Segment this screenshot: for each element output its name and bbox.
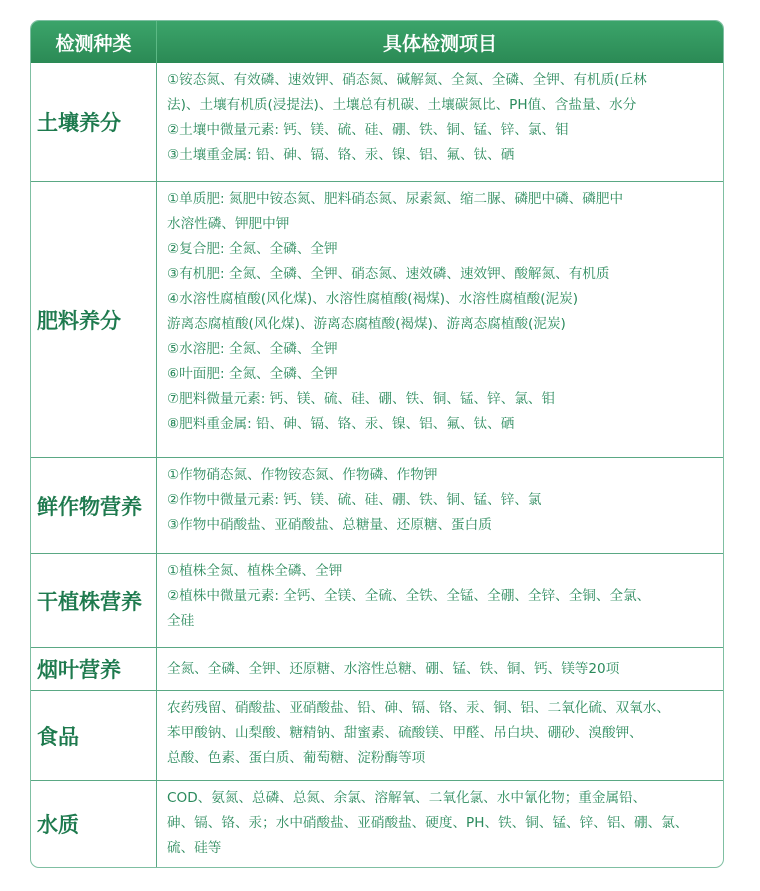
items-cell: 全氮、全磷、全钾、还原糖、水溶性总糖、硼、锰、铁、铜、钙、镁等20项 [157,648,723,690]
item-line: 法)、土壤有机质(浸提法)、土壤总有机碳、土壤碳氮比、PH值、含盐量、水分 [167,93,715,118]
item-line: ①铵态氮、有效磷、速效钾、硝态氮、碱解氮、全氮、全磷、全钾、有机质(丘林 [167,68,715,93]
table-row-food: 食品 农药残留、硝酸盐、亚硝酸盐、铅、砷、镉、铬、汞、铜、铝、二氧化硫、双氧水、… [31,690,723,780]
table-row-soil: 土壤养分 ①铵态氮、有效磷、速效钾、硝态氮、碱解氮、全氮、全磷、全钾、有机质(丘… [31,63,723,181]
item-line: ①单质肥: 氮肥中铵态氮、肥料硝态氮、尿素氮、缩二脲、磷肥中磷、磷肥中 [167,187,715,212]
category-cell: 鲜作物营养 [31,458,157,553]
table-row-fresh-crop: 鲜作物营养 ①作物硝态氮、作物铵态氮、作物磷、作物钾 ②作物中微量元素: 钙、镁… [31,457,723,553]
item-line: ②土壤中微量元素: 钙、镁、硫、硅、硼、铁、铜、锰、锌、氯、钼 [167,118,715,143]
table-row-tobacco: 烟叶营养 全氮、全磷、全钾、还原糖、水溶性总糖、硼、锰、铁、铜、钙、镁等20项 [31,647,723,690]
items-cell: ①铵态氮、有效磷、速效钾、硝态氮、碱解氮、全氮、全磷、全钾、有机质(丘林 法)、… [157,63,723,181]
table-row-water: 水质 COD、氨氮、总磷、总氮、余氯、溶解氧、二氧化氯、水中氰化物；重金属铅、 … [31,780,723,867]
table-row-dry-plant: 干植株营养 ①植株全氮、植株全磷、全钾 ②植株中微量元素: 全钙、全镁、全硫、全… [31,553,723,647]
item-line: ③作物中硝酸盐、亚硝酸盐、总糖量、还原糖、蛋白质 [167,513,715,538]
item-line: ①植株全氮、植株全磷、全钾 [167,559,715,584]
item-line: COD、氨氮、总磷、总氮、余氯、溶解氧、二氧化氯、水中氰化物；重金属铅、 [167,786,715,811]
item-line: ①作物硝态氮、作物铵态氮、作物磷、作物钾 [167,463,715,488]
header-items: 具体检测项目 [157,21,723,63]
category-cell: 食品 [31,691,157,780]
category-cell: 水质 [31,781,157,867]
item-line: ⑦肥料微量元素: 钙、镁、硫、硅、硼、铁、铜、锰、锌、氯、钼 [167,387,715,412]
item-line: ④水溶性腐植酸(风化煤)、水溶性腐植酸(褐煤)、水溶性腐植酸(泥炭) [167,287,715,312]
table-row-fertilizer: 肥料养分 ①单质肥: 氮肥中铵态氮、肥料硝态氮、尿素氮、缩二脲、磷肥中磷、磷肥中… [31,181,723,457]
item-line: 全氮、全磷、全钾、还原糖、水溶性总糖、硼、锰、铁、铜、钙、镁等20项 [167,657,619,682]
item-line: ③有机肥: 全氮、全磷、全钾、硝态氮、速效磷、速效钾、酸解氮、有机质 [167,262,715,287]
category-cell: 烟叶营养 [31,648,157,690]
header-category: 检测种类 [31,21,157,63]
category-cell: 干植株营养 [31,554,157,647]
item-line: 砷、镉、铬、汞；水中硝酸盐、亚硝酸盐、硬度、PH、铁、铜、锰、锌、铝、硼、氯、 [167,811,715,836]
items-cell: 农药残留、硝酸盐、亚硝酸盐、铅、砷、镉、铬、汞、铜、铝、二氧化硫、双氧水、 苯甲… [157,691,723,780]
item-line: 硫、硅等 [167,836,715,861]
item-line: 苯甲酸钠、山梨酸、糖精钠、甜蜜素、硫酸镁、甲醛、吊白块、硼砂、溴酸钾、 [167,721,715,746]
category-cell: 土壤养分 [31,63,157,181]
detection-items-table: 检测种类 具体检测项目 土壤养分 ①铵态氮、有效磷、速效钾、硝态氮、碱解氮、全氮… [30,20,724,868]
item-line: 农药残留、硝酸盐、亚硝酸盐、铅、砷、镉、铬、汞、铜、铝、二氧化硫、双氧水、 [167,696,715,721]
item-line: ⑤水溶肥: 全氮、全磷、全钾 [167,337,715,362]
item-line: ②植株中微量元素: 全钙、全镁、全硫、全铁、全锰、全硼、全锌、全铜、全氯、 [167,584,715,609]
item-line: ②作物中微量元素: 钙、镁、硫、硅、硼、铁、铜、锰、锌、氯 [167,488,715,513]
table-header: 检测种类 具体检测项目 [31,21,723,63]
items-cell: ①植株全氮、植株全磷、全钾 ②植株中微量元素: 全钙、全镁、全硫、全铁、全锰、全… [157,554,723,647]
item-line: 水溶性磷、钾肥中钾 [167,212,715,237]
item-line: ②复合肥: 全氮、全磷、全钾 [167,237,715,262]
category-cell: 肥料养分 [31,182,157,457]
item-line: ⑥叶面肥: 全氮、全磷、全钾 [167,362,715,387]
items-cell: ①作物硝态氮、作物铵态氮、作物磷、作物钾 ②作物中微量元素: 钙、镁、硫、硅、硼… [157,458,723,553]
item-line: ③土壤重金属: 铅、砷、镉、铬、汞、镍、铝、氟、钛、硒 [167,143,715,168]
item-line: 全硅 [167,609,715,634]
item-line: 游离态腐植酸(风化煤)、游离态腐植酸(褐煤)、游离态腐植酸(泥炭) [167,312,715,337]
item-line: 总酸、色素、蛋白质、葡萄糖、淀粉酶等项 [167,746,715,771]
item-line: ⑧肥料重金属: 铅、砷、镉、铬、汞、镍、铝、氟、钛、硒 [167,412,715,437]
items-cell: COD、氨氮、总磷、总氮、余氯、溶解氧、二氧化氯、水中氰化物；重金属铅、 砷、镉… [157,781,723,867]
items-cell: ①单质肥: 氮肥中铵态氮、肥料硝态氮、尿素氮、缩二脲、磷肥中磷、磷肥中 水溶性磷… [157,182,723,457]
